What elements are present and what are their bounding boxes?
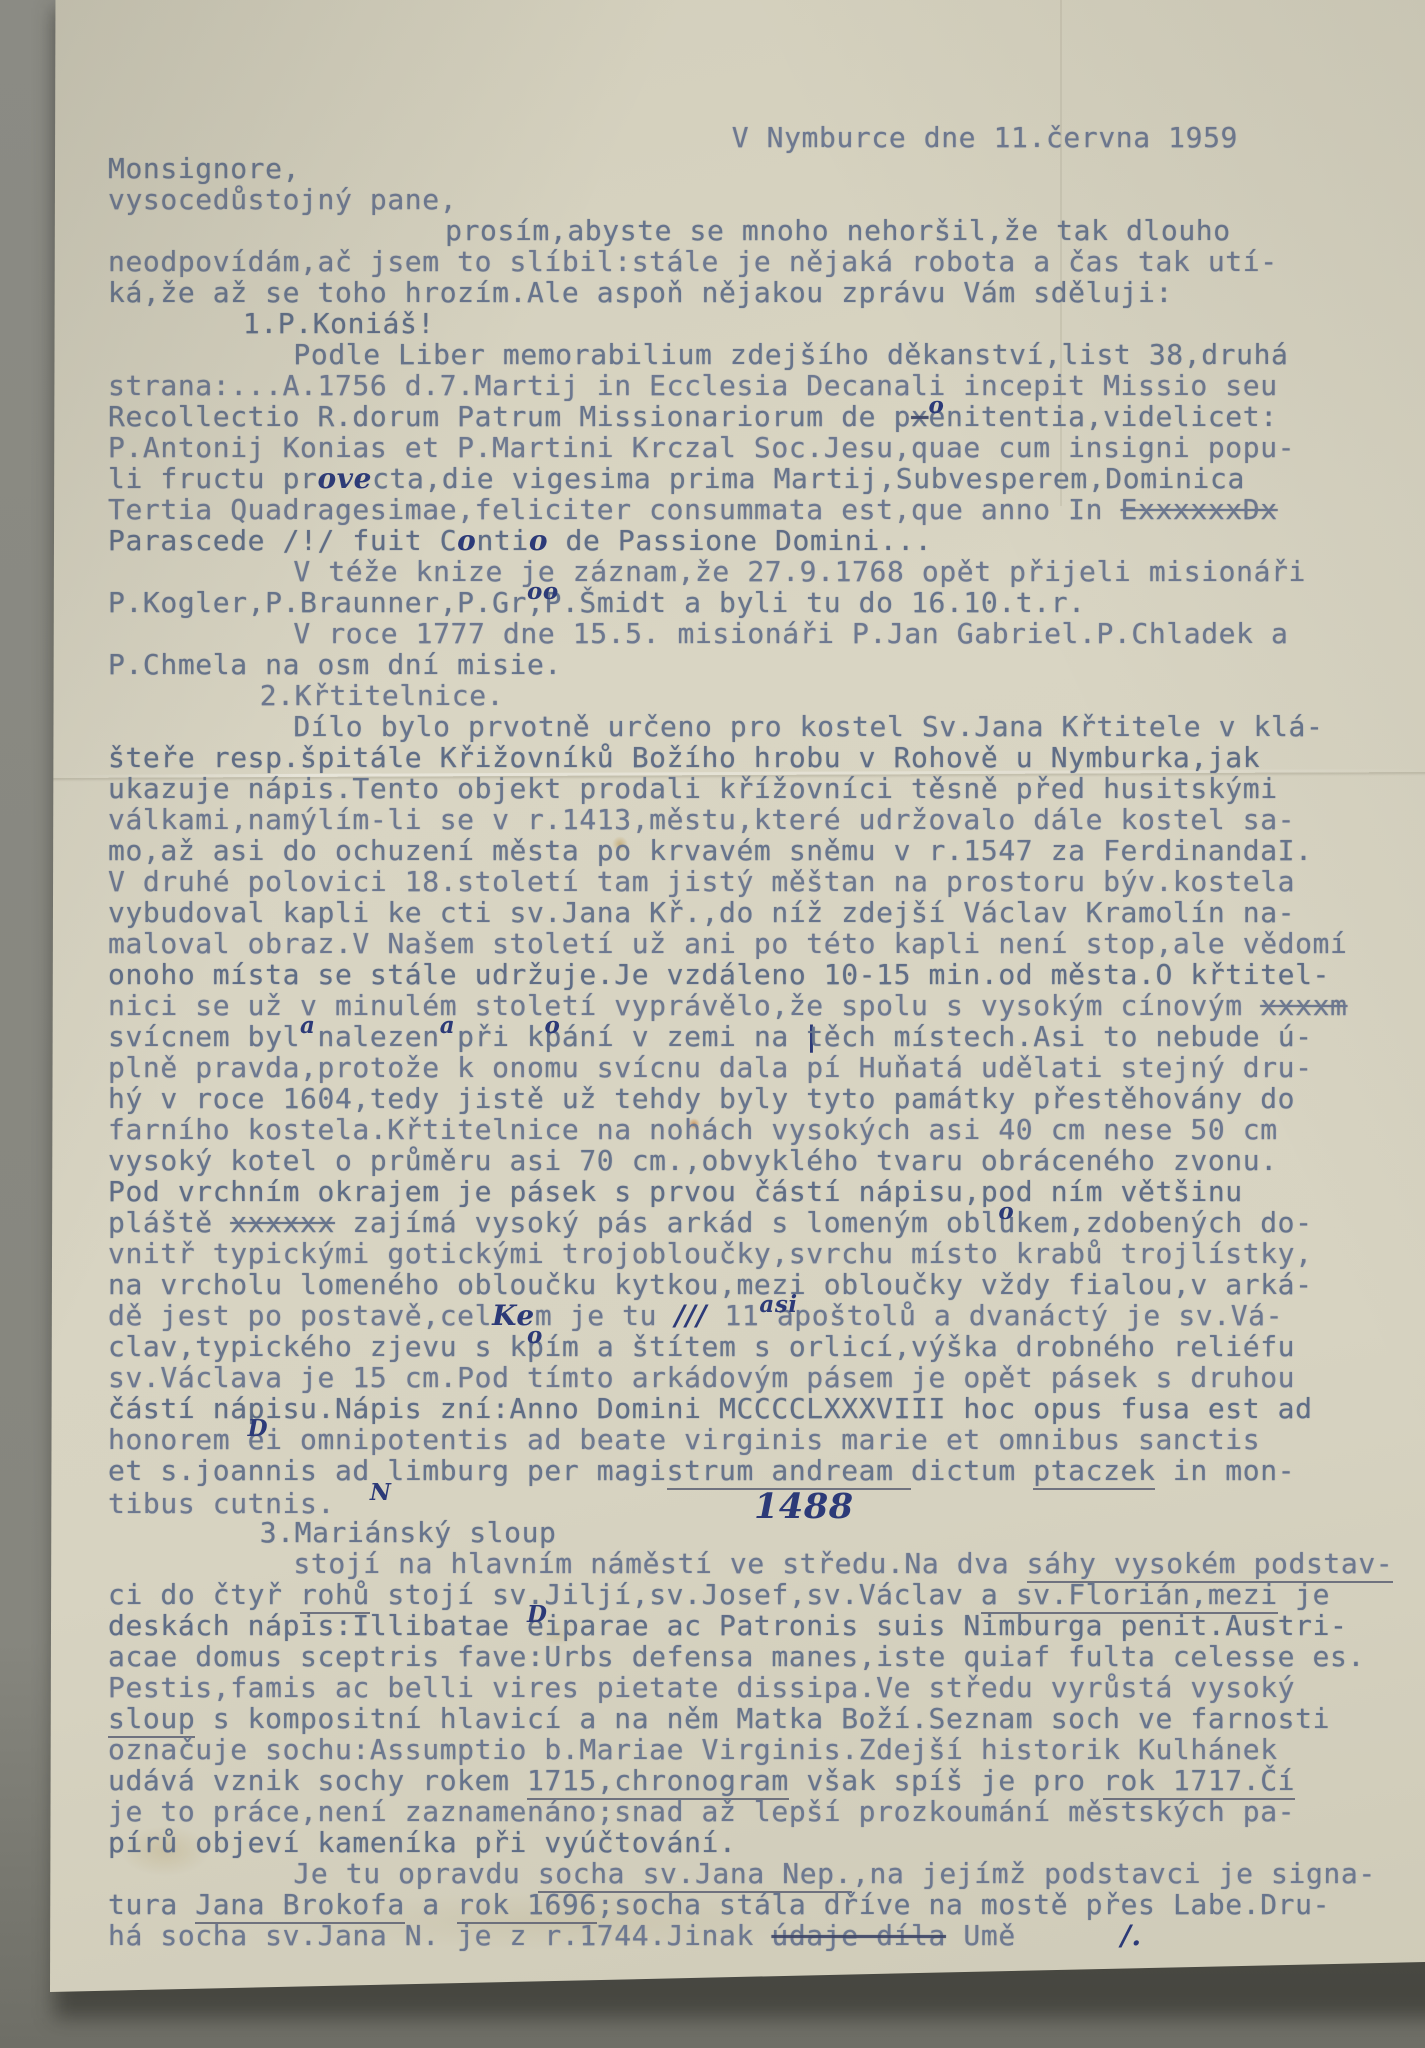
letter-line: P.Antonij Konias et P.Martini Krczal Soc… (108, 432, 1425, 463)
salutation-line: Monsignore, (108, 153, 1425, 184)
typed-text: Pestis,famis ac belli vires pietate diss… (108, 1671, 1295, 1704)
typed-text: ;socha stála dříve na mostě přes Labe.Dr… (597, 1888, 1330, 1921)
letter-line: svícnem byla nalezena při kopání v zemi … (108, 1021, 1425, 1052)
typed-text: ká,že až se toho hrozím.Ale aspoň nějako… (108, 276, 1173, 309)
typed-text: stojí na hlavním náměstí ve středu.Na dv… (293, 1547, 1026, 1580)
typed-text: 1.P.Koniáš! (243, 307, 435, 340)
typed-text: P.Chmela na osm dní misie. (108, 648, 562, 681)
annotation-hst: x (911, 400, 928, 433)
typed-text: V téže knize je záznam,že 27.9.1768 opět… (293, 555, 1306, 588)
typed-text: honorem (108, 1423, 248, 1456)
typed-text: m je tu (535, 1299, 675, 1332)
letter-line: neodpovídám,ač jsem to slíbil:stále je n… (108, 246, 1425, 277)
letter-line: et s.joannis ad limburg per magistrum an… (108, 1455, 1425, 1486)
annotation-h: /. (1121, 1919, 1142, 1952)
typed-text: 2.Křtitelnice. (260, 679, 504, 712)
typed-text: 3.Mariánský sloup (260, 1516, 557, 1549)
typed-text: P.Kogler,P.Braunner,P.Gr (108, 586, 527, 619)
typed-text: cta,die vigesima prima Martij,Subvespere… (372, 462, 1245, 495)
salutation-line: vysocedůstojný pane, (108, 184, 1425, 215)
letter-line: Je tu opravdu socha sv.Jana Nep.,na její… (108, 1858, 1425, 1889)
typed-text: Tertia Quadragesimae,feliciter consummat… (108, 493, 1121, 526)
typed-text: li fructu pr (108, 462, 318, 495)
typed-text: stojí sv.Jiljí,sv.Josef,sv.Václav (370, 1578, 981, 1611)
letter-line: je to práce,není zaznamenáno;snad až lep… (108, 1796, 1425, 1827)
letter-line: stojí na hlavním náměstí ve středu.Na dv… (108, 1548, 1425, 1579)
dateline: V Nymburce dne 11.června 1959 (108, 122, 1425, 153)
typed-text: sv.Václava je 15 cm.Pod tímto arkádovým … (108, 1361, 1295, 1394)
letter-line: Recollectio R.dorum Patrum Missionarioru… (108, 401, 1425, 432)
annotation-un: strum andream (667, 1454, 911, 1490)
letter-line: Pestis,famis ac belli vires pietate diss… (108, 1672, 1425, 1703)
typed-text: vysocedůstojný pane, (108, 183, 457, 216)
typed-text: pláště (108, 1206, 230, 1239)
typed-text: dictum (911, 1454, 1033, 1487)
typed-text: acae domus sceptris fave:Urbs defensa ma… (108, 1640, 1365, 1673)
typed-text: plně pravda,protože k onomu svícnu dala … (108, 1051, 1313, 1084)
typed-text: vysoký kotel o průměru asi 70 cm.,obvykl… (108, 1144, 1278, 1177)
letter-line: V druhé polovici 18.století tam jistý mě… (108, 866, 1425, 897)
typed-text: maloval obraz.V Našem století už ani po … (108, 927, 1347, 960)
letter-line: mo,až asi do ochuzení města po krvavém s… (108, 835, 1425, 866)
typed-text: pírů objeví kameníka při vyúčtování. (108, 1826, 736, 1859)
typed-text: Monsignore, (108, 152, 300, 185)
annotation-hst: údaje díla (771, 1919, 946, 1952)
typed-text: Recollectio R.dorum Patrum Missionarioru… (108, 400, 911, 433)
letter-line: tura Jana Brokofa a rok 1696;socha stála… (108, 1889, 1425, 1920)
letter-line: hý v roce 1604,tedy jistě už tehdy byly … (108, 1083, 1425, 1114)
letter-line: ci do čtyř rohů stojí sv.Jiljí,sv.Josef,… (108, 1579, 1425, 1610)
letter-line: farního kostela.Křtitelnice na nohách vy… (108, 1114, 1425, 1145)
letter-line: dě jest po postavě,celKem je tu /// 11as… (108, 1300, 1425, 1331)
letter-line: válkami,namýlím-li se v r.1413,městu,kte… (108, 804, 1425, 835)
typed-text: apoštolů a dvanáctý je sv.Vá- (759, 1299, 1283, 1332)
typed-text: V roce 1777 dne 15.5. misionáři P.Jan Ga… (293, 617, 1288, 650)
typed-text: šteře resp.špitále Křižovníků Božího hro… (108, 741, 1260, 774)
letter-line: deskách nápis:Illibatae Deiparae ac Patr… (108, 1610, 1425, 1641)
typed-text: při k (440, 1020, 545, 1053)
typed-text: ukem,zdobených do- (998, 1206, 1312, 1239)
typed-text: neodpovídám,ač jsem to slíbil:stále je n… (108, 245, 1278, 278)
letter-line: Tertia Quadragesimae,feliciter consummat… (108, 494, 1425, 525)
typed-text: ci do čtyř (108, 1578, 300, 1611)
letter-line: prosím,abyste se mnoho nehoršil,že tak d… (108, 215, 1425, 246)
letter-line: há socha sv.Jana N. je z r.1744.Jinak úd… (108, 1920, 1425, 1951)
letter-line: Parascede /!/ fuit Contio de Passione Do… (108, 525, 1425, 556)
typed-text: 11 (707, 1299, 759, 1332)
annotation-st: xxxxm (1260, 989, 1347, 1022)
letter-line: vybudoval kapli ke cti sv.Jana Kř.,do ní… (108, 897, 1425, 928)
letter-line: Pod vrchním okrajem je pásek s prvou čás… (108, 1176, 1425, 1207)
typed-text: nici se už v minulém století vyprávělo,ž… (108, 989, 1260, 1022)
annotation-h: o (529, 524, 548, 557)
typed-text: mo,až asi do ochuzení města po krvavém s… (108, 834, 1313, 867)
typed-text: Umě (946, 1919, 1016, 1952)
letter-line: částí nápisu.Nápis zní:Anno Domini MCCCC… (108, 1393, 1425, 1424)
typed-text: P.Antonij Konias et P.Martini Krczal Soc… (108, 431, 1295, 464)
typed-text: eiparae ac Patronis suis Nimburga penit.… (527, 1609, 1348, 1642)
annotation-st: xxxxxx (230, 1206, 335, 1239)
typed-text: svícnem byl (108, 1020, 300, 1053)
letter-line: maloval obraz.V Našem století už ani po … (108, 928, 1425, 959)
typed-text: V Nymburce dne 11.června 1959 (732, 121, 1238, 154)
typed-text: de Passione Domini... (548, 524, 932, 557)
letter-line: V roce 1777 dne 15.5. misionáři P.Jan Ga… (108, 618, 1425, 649)
typed-text: ukazuje nápis.Tento objekt prodali křížo… (108, 772, 1278, 805)
letter-line: P.Kogler,P.Braunner,P.Groo,P.Šmidt a byl… (108, 587, 1425, 618)
typed-text: a (405, 1888, 457, 1921)
typed-text: prosím,abyste se mnoho nehoršil,že tak d… (445, 214, 1231, 247)
typed-text: ,na jejímž podstavci je signa- (852, 1857, 1376, 1890)
section-heading: 2.Křtitelnice. (108, 680, 1425, 711)
letter-line: honorem Dei omnipotentis ad beate virgin… (108, 1424, 1425, 1455)
typed-text: Dílo bylo prvotně určeno pro kostel Sv.J… (293, 710, 1323, 743)
letter-line: Podle Liber memorabilium zdejšího děkans… (108, 339, 1425, 370)
letter-line: plně pravda,protože k onomu svícnu dala … (108, 1052, 1425, 1083)
letter-line: vnitř typickými gotickými trojobloučky,s… (108, 1238, 1425, 1269)
letter-page: V Nymburce dne 11.června 1959Monsignore,… (50, 0, 1425, 1994)
typed-text: V druhé polovici 18.století tam jistý mě… (108, 865, 1295, 898)
typed-text: vybudoval kapli ke cti sv.Jana Kř.,do ní… (108, 896, 1295, 929)
letter-line: onoho místa se stále udržuje.Je vzdáleno… (108, 959, 1425, 990)
letter-line: pláště xxxxxx zajímá vysoký pás arkád s … (108, 1207, 1425, 1238)
typed-text: částí nápisu.Nápis zní:Anno Domini MCCCC… (108, 1392, 1313, 1425)
typed-text (1016, 1919, 1121, 1952)
letter-line: šteře resp.špitále Křižovníků Božího hro… (108, 742, 1425, 773)
typed-text: však spíš je pro (789, 1764, 1103, 1797)
annotation-h: o (457, 524, 476, 557)
typed-text: Je tu opravdu (293, 1857, 537, 1890)
letter-line: tibus cutnis. N 1488 (108, 1486, 1425, 1517)
letter-line: sloup s kompositní hlavicí a na něm Matk… (108, 1703, 1425, 1734)
letter-body: V Nymburce dne 11.června 1959Monsignore,… (108, 0, 1425, 1951)
letter-line: strana:...A.1756 d.7.Martij in Ecclesia … (108, 370, 1425, 401)
typed-text: ,P.Šmidt a byli tu do 16.10.t.r. (527, 586, 1086, 619)
annotation-un: ptaczek (1033, 1454, 1155, 1490)
typed-text: tura (108, 1888, 195, 1921)
typed-text: in mon- (1155, 1454, 1295, 1487)
typed-text: ei omnipotentis ad beate virginis marie … (248, 1423, 1261, 1456)
typed-text: hý v roce 1604,tedy jistě už tehdy byly … (108, 1082, 1295, 1115)
section-heading: 1.P.Koniáš! (108, 308, 1425, 339)
typed-text: strana:...A.1756 d.7.Martij in Ecclesia … (108, 369, 1278, 402)
letter-line: clav,typického zjevu s kopím a štítem s … (108, 1331, 1425, 1362)
typed-text: Pod vrchním okrajem je pásek s prvou čás… (108, 1175, 1243, 1208)
typed-text: dě jest po postavě,cel (108, 1299, 492, 1332)
typed-text: há socha sv.Jana N. je z r.1744.Jinak (108, 1919, 771, 1952)
typed-text: je to práce,není zaznamenáno;snad až lep… (108, 1795, 1295, 1828)
typed-text: clav,typického zjevu s k (108, 1330, 527, 1363)
typed-text: Parascede /!/ fuit C (108, 524, 457, 557)
typed-text: farního kostela.Křtitelnice na nohách vy… (108, 1113, 1278, 1146)
annotation-h: /// (675, 1299, 707, 1332)
letter-line: pírů objeví kameníka při vyúčtování. (108, 1827, 1425, 1858)
letter-line: sv.Václava je 15 cm.Pod tímto arkádovým … (108, 1362, 1425, 1393)
annotation-st: ExxxxxxDx (1121, 493, 1278, 526)
typed-text: deskách nápis:Illibatae (108, 1609, 527, 1642)
typed-text: enitentia,videlicet: (929, 400, 1278, 433)
typed-text: nalezen (300, 1020, 440, 1053)
typed-text: pím a štítem s orlicí,výška drobného rel… (527, 1330, 1295, 1363)
annotation-h: ove (318, 462, 373, 495)
typed-text: těch místech.Asi to nebude ú- (806, 1020, 1312, 1053)
letter-line: Dílo bylo prvotně určeno pro kostel Sv.J… (108, 711, 1425, 742)
typed-text: s kompositní hlavicí a na něm Matka Boží… (195, 1702, 1330, 1735)
letter-line: ukazuje nápis.Tento objekt prodali křížo… (108, 773, 1425, 804)
typed-text: onoho místa se stále udržuje.Je vzdáleno… (108, 958, 1330, 991)
letter-line: udává vznik sochy rokem 1715,chronogram … (108, 1765, 1425, 1796)
letter-line: V téže knize je záznam,že 27.9.1768 opět… (108, 556, 1425, 587)
typed-text: nti (476, 524, 528, 557)
letter-line: označuje sochu:Assumptio b.Mariae Virgin… (108, 1734, 1425, 1765)
typed-text: označuje sochu:Assumptio b.Mariae Virgin… (108, 1733, 1278, 1766)
typed-text: zajímá vysoký pás arkád s lomeným obl (335, 1206, 998, 1239)
letter-line: acae domus sceptris fave:Urbs defensa ma… (108, 1641, 1425, 1672)
typed-text: válkami,namýlím-li se v r.1413,městu,kte… (108, 803, 1295, 836)
typed-text: vnitř typickými gotickými trojobloučky,s… (108, 1237, 1313, 1270)
typed-text: na vrcholu lomeného obloučku kytkou,mezi… (108, 1268, 1313, 1301)
letter-line: li fructu provecta,die vigesima prima Ma… (108, 463, 1425, 494)
typed-text: pání v zemi na (544, 1020, 806, 1053)
letter-line: ká,že až se toho hrozím.Ale aspoň nějako… (108, 277, 1425, 308)
typed-text: Podle Liber memorabilium zdejšího děkans… (293, 338, 1288, 371)
letter-line: vysoký kotel o průměru asi 70 cm.,obvykl… (108, 1145, 1425, 1176)
letter-line: P.Chmela na osm dní misie. (108, 649, 1425, 680)
typed-text: je (1278, 1578, 1330, 1611)
typed-text: udává vznik sochy rokem (108, 1764, 527, 1797)
